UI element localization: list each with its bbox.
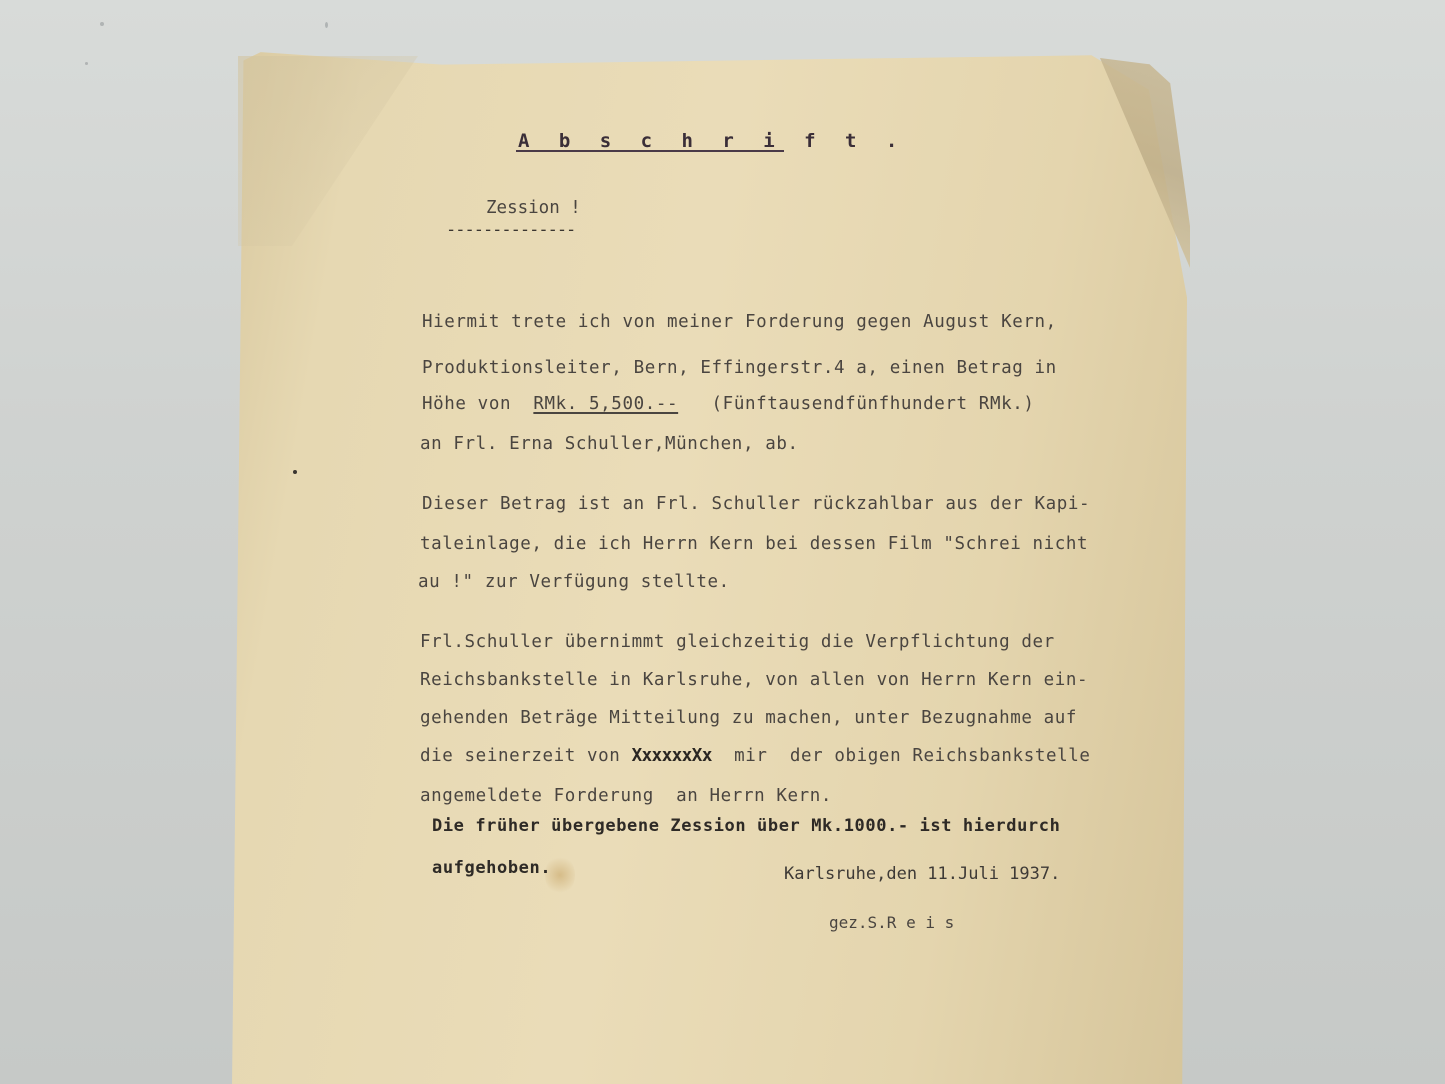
text-line: aufgehoben. <box>432 858 551 878</box>
subtitle-underline: -------------- <box>446 220 575 240</box>
text-line: an Frl. Erna Schuller,München, ab. <box>420 434 799 454</box>
document-title: A b s c h r i f t . <box>518 130 906 152</box>
wall-spot <box>325 22 328 28</box>
struck-line: die seinerzeit von XxxxxxXx mir der obig… <box>420 746 1091 766</box>
text-line: gehenden Beträge Mitteilung zu machen, u… <box>420 708 1077 728</box>
amount-line: Höhe von RMk. 5,500.-- (Fünftausendfünfh… <box>422 394 1035 414</box>
struck-suffix: mir der obigen Reichsbankstelle <box>712 746 1091 766</box>
text-line: Frl.Schuller übernimmt gleichzeitig die … <box>420 632 1055 652</box>
wall-spot <box>85 62 88 65</box>
amount-value: RMk. 5,500.-- <box>533 394 678 414</box>
text-line: Die früher übergebene Zession über Mk.10… <box>432 816 1060 836</box>
text-line: Dieser Betrag ist an Frl. Schuller rückz… <box>422 494 1090 514</box>
title-underline <box>516 150 784 152</box>
struck-prefix: die seinerzeit von <box>420 746 632 766</box>
document-paper <box>232 48 1187 1084</box>
text-line: Hiermit trete ich von meiner Forderung g… <box>422 312 1057 332</box>
wall-spot <box>100 22 104 26</box>
document-subtitle: Zession ! <box>486 198 581 218</box>
signature: gez.S.R e i s <box>829 913 954 932</box>
paper-mark <box>293 470 297 474</box>
amount-prefix: Höhe von <box>422 394 533 414</box>
text-line: taleinlage, die ich Herrn Kern bei desse… <box>420 534 1088 554</box>
text-line: Produktionsleiter, Bern, Effingerstr.4 a… <box>422 358 1057 378</box>
text-line: au !" zur Verfügung stellte. <box>418 572 730 592</box>
place-date: Karlsruhe,den 11.Juli 1937. <box>784 864 1060 884</box>
amount-words: (Fünftausendfünfhundert RMk.) <box>678 394 1034 414</box>
struck-out-text: XxxxxxXx <box>632 746 712 766</box>
text-line: angemeldete Forderung an Herrn Kern. <box>420 786 832 806</box>
text-line: Reichsbankstelle in Karlsruhe, von allen… <box>420 670 1088 690</box>
